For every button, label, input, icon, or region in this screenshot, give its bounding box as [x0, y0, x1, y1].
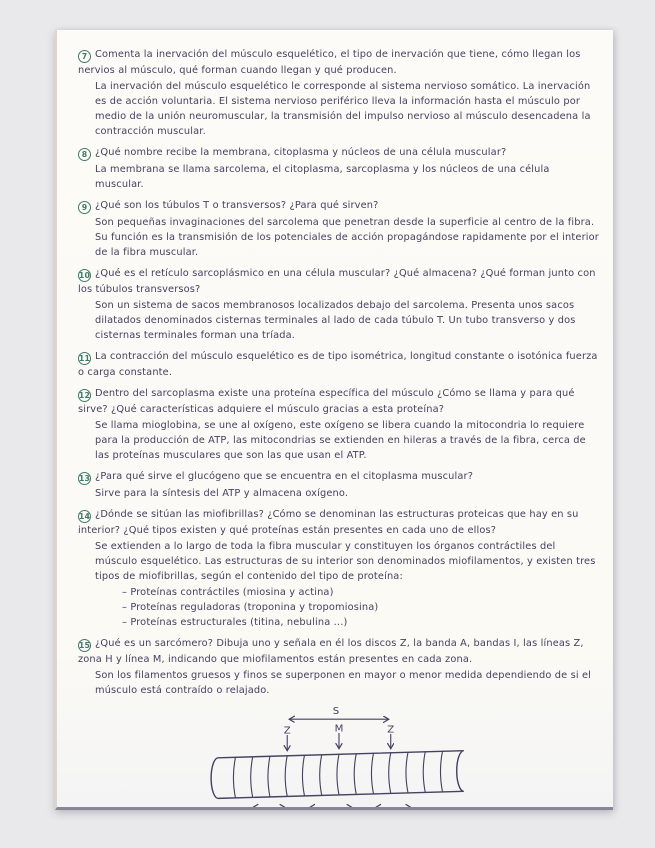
answer-text: Se llama mioglobina, se une al oxígeno, … — [95, 418, 599, 463]
question-block-12: 12Dentro del sarcoplasma existe una prot… — [78, 386, 601, 463]
answer-text: La membrana se llama sarcolema, el citop… — [95, 162, 599, 192]
label-m: M — [334, 723, 343, 734]
question-block-13: 13¿Para qué sirve el glucógeno que se en… — [78, 469, 601, 501]
question-number: 10 — [78, 269, 91, 282]
striation-line — [233, 757, 235, 798]
question-block-8: 8¿Qué nombre recibe la membrana, citopla… — [78, 145, 601, 192]
question-number: 15 — [78, 639, 91, 652]
sarcomere-diagram: S Z M Z I H I A — [181, 704, 499, 810]
question-text: Dentro del sarcoplasma existe una proteí… — [78, 388, 575, 415]
question-line: 13¿Para qué sirve el glucógeno que se en… — [78, 469, 601, 485]
question-text: ¿Qué son los túbulos T o transversos? ¿P… — [95, 200, 379, 211]
question-number: 12 — [78, 389, 91, 402]
list-item: Proteínas contráctiles (miosina y actina… — [122, 585, 601, 600]
striation-line — [302, 755, 304, 796]
question-text: ¿Qué es el retículo sarcoplásmico en una… — [78, 268, 596, 295]
label-z-left: Z — [283, 725, 290, 736]
striation-line — [267, 756, 269, 797]
answer-text: Son un sistema de sacos membranosos loca… — [95, 298, 599, 343]
question-number: 7 — [78, 50, 91, 63]
question-line: 11La contracción del músculo esquelético… — [78, 349, 601, 380]
list-item: Proteínas reguladoras (troponina y tropo… — [122, 600, 601, 615]
striation-line — [336, 754, 338, 795]
question-text: ¿Qué nombre recibe la membrana, citoplas… — [95, 147, 506, 158]
list-item: Proteínas estructurales (titina, nebulin… — [122, 615, 601, 630]
striation-line — [371, 753, 373, 794]
striation-line — [319, 755, 321, 796]
question-line: 7Comenta la inervación del músculo esque… — [78, 47, 601, 78]
question-line: 12Dentro del sarcoplasma existe una prot… — [78, 386, 601, 417]
label-z-right: Z — [387, 724, 394, 735]
question-text: ¿Dónde se sitúan las miofibrillas? ¿Cómo… — [78, 509, 579, 536]
striation-line — [405, 752, 407, 793]
sarcomere-drawing: S Z M Z I H I A — [181, 704, 499, 810]
question-text: ¿Para qué sirve el glucógeno que se encu… — [95, 471, 473, 482]
striation-line — [285, 756, 287, 797]
question-block-9: 9¿Qué son los túbulos T o transversos? ¿… — [78, 198, 601, 260]
question-block-11: 11La contracción del músculo esquelético… — [78, 349, 601, 380]
answer-text: Son los filamentos gruesos y finos se su… — [95, 668, 599, 698]
question-line: 10¿Qué es el retículo sarcoplásmico en u… — [78, 266, 601, 297]
question-block-15: 15¿Qué es un sarcómero? Dibuja uno y señ… — [78, 636, 601, 698]
question-text: La contracción del músculo esquelético e… — [78, 351, 598, 378]
protein-types-list: Proteínas contráctiles (miosina y actina… — [122, 585, 601, 630]
question-line: 14¿Dónde se sitúan las miofibrillas? ¿Có… — [78, 507, 601, 538]
answer-text: La inervación del músculo esquelético le… — [95, 79, 599, 139]
answer-text: Son pequeñas invaginaciones del sarcolem… — [95, 215, 599, 260]
label-s: S — [332, 706, 338, 717]
striation-line — [250, 757, 252, 798]
question-block-10: 10¿Qué es el retículo sarcoplásmico en u… — [78, 266, 601, 343]
question-block-14: 14¿Dónde se sitúan las miofibrillas? ¿Có… — [78, 507, 601, 630]
question-text: ¿Qué es un sarcómero? Dibuja uno y señal… — [78, 638, 584, 665]
striation-line — [354, 754, 356, 795]
photo-background: { "page": { "ink_color": "#474060", "num… — [0, 0, 655, 848]
question-text: Comenta la inervación del músculo esquel… — [78, 49, 581, 76]
question-line: 15¿Qué es un sarcómero? Dibuja uno y señ… — [78, 636, 601, 667]
question-number: 11 — [78, 352, 91, 365]
notebook-page: 7Comenta la inervación del músculo esque… — [55, 30, 613, 810]
question-block-7: 7Comenta la inervación del músculo esque… — [78, 47, 601, 139]
question-line: 8¿Qué nombre recibe la membrana, citopla… — [78, 145, 601, 161]
striation-line — [440, 751, 442, 792]
question-line: 9¿Qué son los túbulos T o transversos? ¿… — [78, 198, 601, 214]
striation-line — [423, 752, 425, 793]
question-number: 13 — [78, 472, 91, 485]
answer-text: Se extienden a lo largo de toda la fibra… — [95, 539, 599, 584]
striation-line — [388, 753, 390, 794]
question-number: 8 — [78, 148, 91, 161]
question-number: 14 — [78, 510, 91, 523]
question-number: 9 — [78, 201, 91, 214]
answer-text: Sirve para la síntesis del ATP y almacen… — [95, 486, 599, 501]
